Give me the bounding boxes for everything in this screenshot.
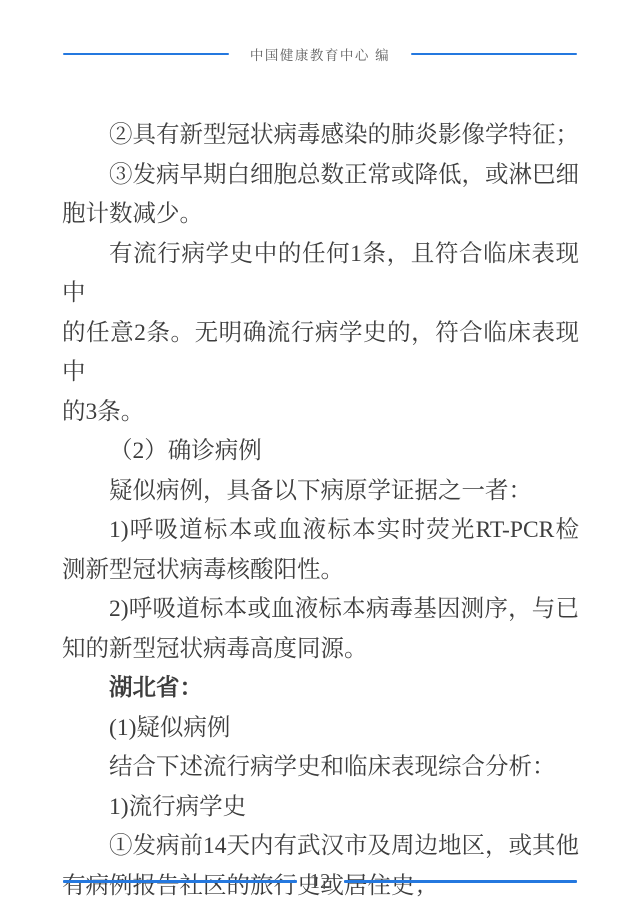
text-line: 疑似病例，具备以下病原学证据之一者： — [62, 472, 579, 512]
text-line: ③发病早期白细胞总数正常或降低，或淋巴细 — [62, 156, 579, 196]
text-line: 胞计数减少。 — [62, 195, 579, 235]
footer-rule-right — [344, 880, 578, 883]
text-line: 1)流行病学史 — [62, 788, 579, 828]
text-line: 知的新型冠状病毒高度同源。 — [62, 630, 579, 670]
text-line: (1)疑似病例 — [62, 709, 579, 749]
text-line: 结合下述流行病学史和临床表现综合分析： — [62, 748, 579, 788]
text-line: （2）确诊病例 — [62, 432, 579, 472]
text-line: 1)呼吸道标本或血液标本实时荧光RT-PCR检 — [62, 511, 579, 551]
text-line: 的3条。 — [62, 393, 579, 433]
text-line: 测新型冠状病毒核酸阳性。 — [62, 551, 579, 591]
footer-rule-left — [63, 880, 297, 883]
text-line: ②具有新型冠状病毒感染的肺炎影像学特征； — [62, 116, 579, 156]
text-line: 2)呼吸道标本或血液标本病毒基因测序，与已 — [62, 590, 579, 630]
publisher-title: 中国健康教育中心 编 — [229, 44, 411, 64]
header-rule-right — [411, 53, 577, 56]
page-footer: 12 — [63, 869, 577, 894]
page-number: 12 — [297, 869, 344, 894]
text-line: 有流行病学史中的任何1条，且符合临床表现中 — [62, 235, 579, 314]
body-text: ②具有新型冠状病毒感染的肺炎影像学特征； ③发病早期白细胞总数正常或降低，或淋巴… — [62, 116, 579, 906]
page-header: 中国健康教育中心 编 — [63, 44, 577, 64]
text-line: 的任意2条。无明确流行病学史的，符合临床表现中 — [62, 314, 579, 393]
text-line-hubei-heading: 湖北省： — [62, 669, 579, 709]
text-line: ①发病前14天内有武汉市及周边地区，或其他 — [62, 827, 579, 867]
header-rule-left — [63, 53, 229, 56]
